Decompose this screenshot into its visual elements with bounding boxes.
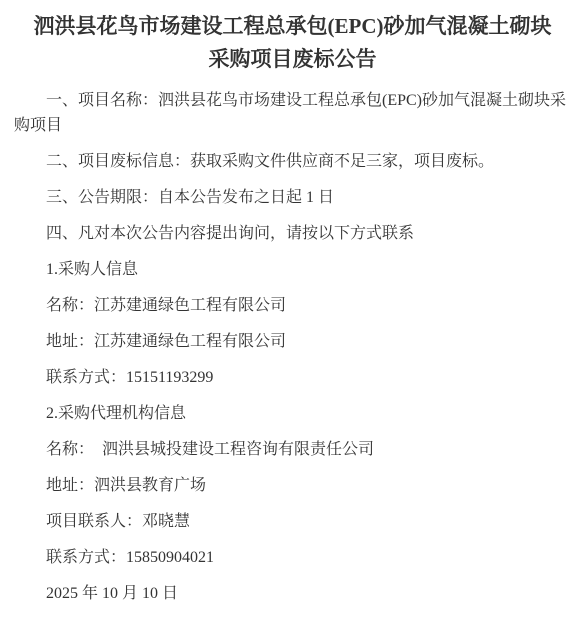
announcement-date: 2025 年 10 月 10 日: [14, 581, 571, 606]
page-title-line-2: 采购项目废标公告: [14, 43, 571, 76]
section-heading-purchaser-info: 1.采购人信息: [14, 257, 571, 282]
announcement-document: 泗洪县花鸟市场建设工程总承包(EPC)砂加气混凝土砌块 采购项目废标公告 一、项…: [0, 0, 579, 606]
purchaser-phone: 联系方式：15151193299: [14, 365, 571, 390]
purchaser-name: 名称：江苏建通绿色工程有限公司: [14, 293, 571, 318]
purchaser-address: 地址：江苏建通绿色工程有限公司: [14, 329, 571, 354]
agency-phone: 联系方式：15850904021: [14, 545, 571, 570]
page-title-line-1: 泗洪县花鸟市场建设工程总承包(EPC)砂加气混凝土砌块: [14, 10, 571, 43]
agency-contact-person: 项目联系人：邓晓慧: [14, 509, 571, 534]
paragraph-inquiry-contact-intro: 四、凡对本次公告内容提出询问，请按以下方式联系: [14, 221, 571, 246]
paragraph-announcement-period: 三、公告期限：自本公告发布之日起 1 日: [14, 185, 571, 210]
paragraph-project-name: 一、项目名称：泗洪县花鸟市场建设工程总承包(EPC)砂加气混凝土砌块采购项目: [14, 88, 571, 138]
announcement-body: 一、项目名称：泗洪县花鸟市场建设工程总承包(EPC)砂加气混凝土砌块采购项目 二…: [14, 88, 571, 606]
agency-name: 名称： 泗洪县城投建设工程咨询有限责任公司: [14, 437, 571, 462]
section-heading-agency-info: 2.采购代理机构信息: [14, 401, 571, 426]
agency-address: 地址：泗洪县教育广场: [14, 473, 571, 498]
page-title: 泗洪县花鸟市场建设工程总承包(EPC)砂加气混凝土砌块 采购项目废标公告: [14, 10, 571, 76]
paragraph-bid-failure-info: 二、项目废标信息：获取采购文件供应商不足三家，项目废标。: [14, 149, 571, 174]
